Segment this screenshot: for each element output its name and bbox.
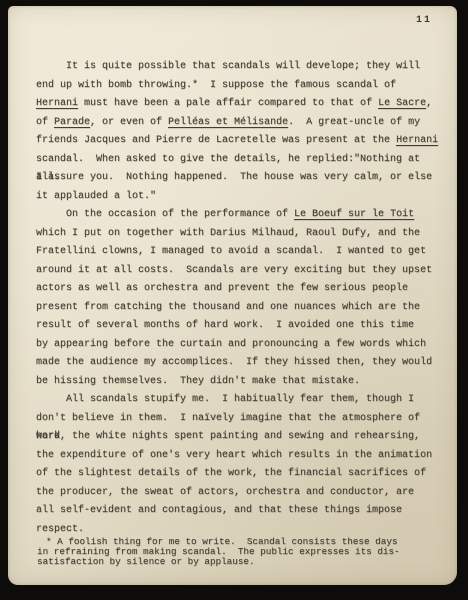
underlined-title: Le Sacre (378, 98, 426, 109)
manuscript-page: 11 It is quite possible that scandals wi… (8, 6, 457, 585)
underlined-title: Hernani (396, 135, 438, 146)
text-segment: I assure you. Nothing happened. The hous… (36, 172, 432, 183)
text-segment: All scandals stupify me. I habitually fe… (66, 394, 414, 405)
text-segment: it applauded a lot." (36, 191, 156, 202)
text-line: it applauded a lot." (36, 188, 449, 207)
page-number: 11 (416, 15, 432, 26)
text-line: around it at all costs. Scandals are ver… (36, 262, 449, 281)
text-line: don't believe in them. I naïvely imagine… (36, 410, 449, 429)
underlined-title: Parade (54, 117, 90, 128)
text-segment: On the occasion of the performance of (66, 209, 294, 220)
text-line: the producer, the sweat of actors, orche… (36, 484, 449, 503)
underlined-title: Pelléas et Mélisande (168, 117, 288, 128)
text-segment: by appearing before the curtain and pron… (36, 339, 426, 350)
text-line: made the audience my accomplices. If the… (36, 354, 449, 373)
text-line: be hissing themselves. They didn't make … (36, 373, 449, 392)
text-segment: made the audience my accomplices. If the… (36, 357, 432, 368)
text-segment: , (426, 98, 432, 109)
text-segment: Fratellini clowns, I managed to avoid a … (36, 246, 426, 257)
text-segment: It is quite possible that scandals will … (66, 61, 420, 72)
text-line: I assure you. Nothing happened. The hous… (36, 169, 449, 188)
text-line: It is quite possible that scandals will … (36, 58, 449, 77)
text-segment: of (36, 117, 54, 128)
text-segment: , or even of (90, 117, 168, 128)
text-line: present from catching the thousand and o… (36, 299, 449, 318)
text-segment: be hissing themselves. They didn't make … (36, 376, 360, 387)
text-line: by appearing before the curtain and pron… (36, 336, 449, 355)
text-line: result of several months of hard work. I… (36, 317, 449, 336)
text-line: scandal. When asked to give the details,… (36, 151, 449, 170)
text-segment: work, the white nights spent painting an… (36, 431, 420, 442)
text-line: actors as well as orchestra and prevent … (36, 280, 449, 299)
text-segment: the producer, the sweat of actors, orche… (36, 487, 414, 498)
text-segment: present from catching the thousand and o… (36, 302, 420, 313)
underlined-title: Le Boeuf sur le Toit (294, 209, 414, 220)
text-line: work, the white nights spent painting an… (36, 428, 449, 447)
text-segment: which I put on together with Darius Milh… (36, 228, 420, 239)
text-segment: friends Jacques and Pierre de Lacretelle… (36, 135, 396, 146)
text-line: Fratellini clowns, I managed to avoid a … (36, 243, 449, 262)
text-segment: the expenditure of one's very heart whic… (36, 450, 432, 461)
typescript-paragraphs: It is quite possible that scandals will … (36, 58, 449, 539)
text-line: the expenditure of one's very heart whic… (36, 447, 449, 466)
footnote-line: satisfaction by silence or by applause. (37, 557, 447, 567)
text-line: which I put on together with Darius Milh… (36, 225, 449, 244)
text-line: of the slightest details of the work, th… (36, 465, 449, 484)
text-segment: actors as well as orchestra and prevent … (36, 283, 408, 294)
scanned-page-background: 11 It is quite possible that scandals wi… (0, 0, 468, 600)
text-segment: result of several months of hard work. I… (36, 320, 414, 331)
text-line: On the occasion of the performance of Le… (36, 206, 449, 225)
text-line: friends Jacques and Pierre de Lacretelle… (36, 132, 449, 151)
footnote: * A foolish thing for me to write. Scand… (37, 537, 447, 566)
text-line: Hernani must have been a pale affair com… (36, 95, 449, 114)
text-segment: must have been a pale affair compared to… (78, 98, 378, 109)
text-segment: all self-evident and contagious, and tha… (36, 505, 402, 516)
text-line: end up with bomb throwing.* I suppose th… (36, 77, 449, 96)
text-line: all self-evident and contagious, and tha… (36, 502, 449, 521)
underlined-title: Hernani (36, 98, 78, 109)
text-segment: respect. (36, 524, 84, 535)
text-line: All scandals stupify me. I habitually fe… (36, 391, 449, 410)
text-segment: of the slightest details of the work, th… (36, 468, 426, 479)
text-segment: around it at all costs. Scandals are ver… (36, 265, 432, 276)
text-line: of Parade, or even of Pelléas et Mélisan… (36, 114, 449, 133)
text-segment: . A great-uncle of my (288, 117, 420, 128)
text-segment: end up with bomb throwing.* I suppose th… (36, 80, 396, 91)
